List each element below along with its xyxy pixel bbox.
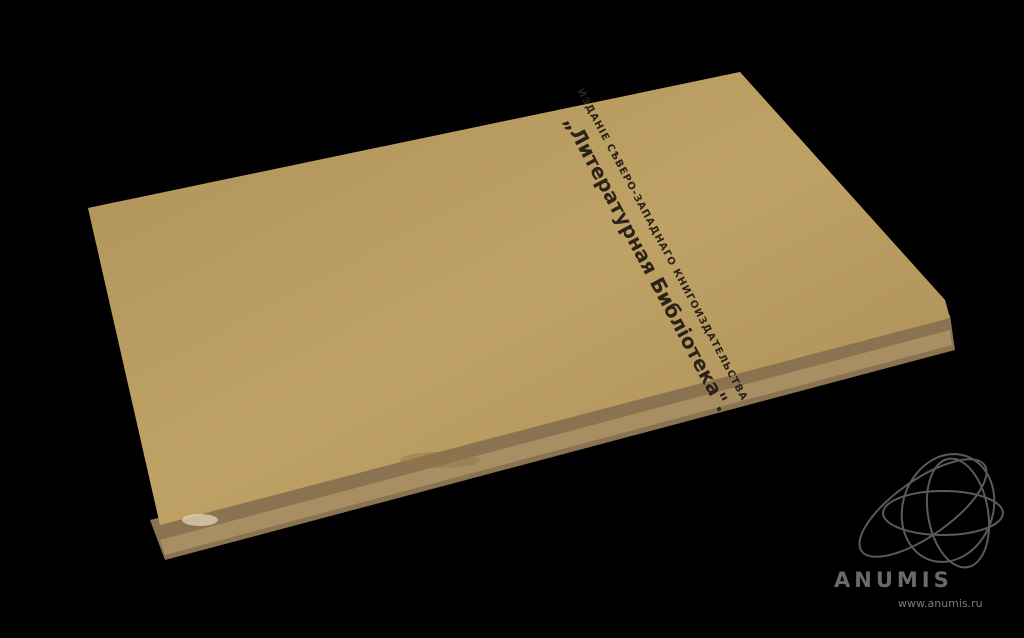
watermark-name: ANUMIS [834,568,953,592]
anumis-logo-icon [828,448,1018,618]
watermark-url: www.anumis.ru [898,597,983,610]
photo: ИЗДАНІЕ СѢВЕРО-ЗАПАДНАГО КНИГОИЗДАТЕЛЬСТ… [0,0,1024,638]
